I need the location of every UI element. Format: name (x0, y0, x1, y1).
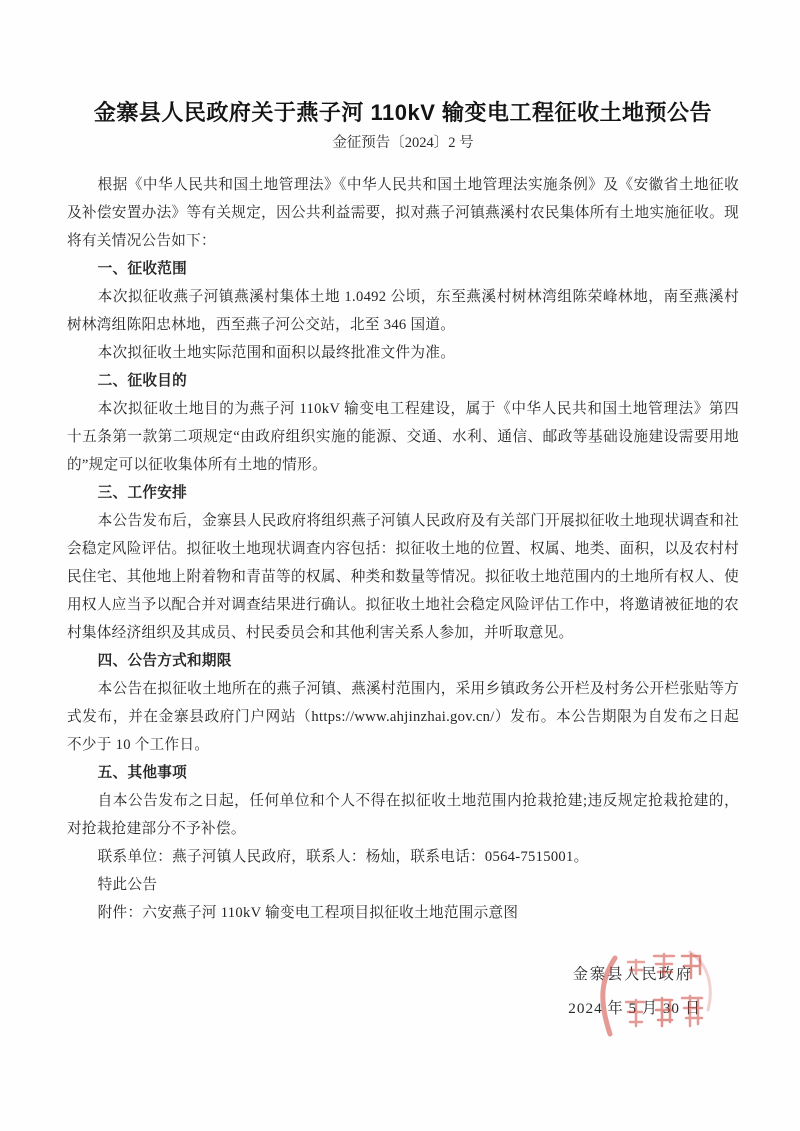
issuing-authority: 金寨县人民政府 (67, 958, 739, 992)
section-5-paragraph: 自本公告发布之日起，任何单位和个人不得在拟征收土地范围内抢栽抢建;违反规定抢栽抢… (67, 787, 739, 843)
document-body: 根据《中华人民共和国土地管理法》《中华人民共和国土地管理法实施条例》及《安徽省土… (67, 171, 739, 1026)
section-heading-2: 二、征收目的 (67, 367, 739, 395)
section-heading-4: 四、公告方式和期限 (67, 647, 739, 675)
signature-block: 金寨县人民政府 2024 年 5 月 30 日 (67, 958, 739, 1026)
intro-paragraph: 根据《中华人民共和国土地管理法》《中华人民共和国土地管理法实施条例》及《安徽省土… (67, 171, 739, 255)
section-3-paragraph: 本公告发布后，金寨县人民政府将组织燕子河镇人民政府及有关部门开展拟征收土地现状调… (67, 507, 739, 647)
issue-date: 2024 年 5 月 30 日 (67, 992, 739, 1026)
attachment-line: 附件：六安燕子河 110kV 输变电工程项目拟征收土地范围示意图 (67, 899, 739, 927)
section-4-paragraph: 本公告在拟征收土地所在的燕子河镇、燕溪村范围内，采用乡镇政务公开栏及村务公开栏张… (67, 675, 739, 759)
section-2-paragraph: 本次拟征收土地目的为燕子河 110kV 输变电工程建设，属于《中华人民共和国土地… (67, 395, 739, 479)
section-1-paragraph: 本次拟征收燕子河镇燕溪村集体土地 1.0492 公顷，东至燕溪村树林湾组陈荣峰林… (67, 283, 739, 339)
document-page: 金寨县人民政府关于燕子河 110kV 输变电工程征收土地预公告 金征预告〔202… (0, 0, 800, 1131)
closing-statement: 特此公告 (67, 871, 739, 899)
section-1-paragraph: 本次拟征收土地实际范围和面积以最终批准文件为准。 (67, 339, 739, 367)
section-heading-5: 五、其他事项 (67, 759, 739, 787)
section-heading-3: 三、工作安排 (67, 479, 739, 507)
document-number: 金征预告〔2024〕2 号 (60, 134, 746, 153)
contact-line: 联系单位：燕子河镇人民政府，联系人：杨灿，联系电话：0564-7515001。 (67, 843, 739, 871)
document-title: 金寨县人民政府关于燕子河 110kV 输变电工程征收土地预公告 (60, 99, 746, 126)
section-heading-1: 一、征收范围 (67, 255, 739, 283)
